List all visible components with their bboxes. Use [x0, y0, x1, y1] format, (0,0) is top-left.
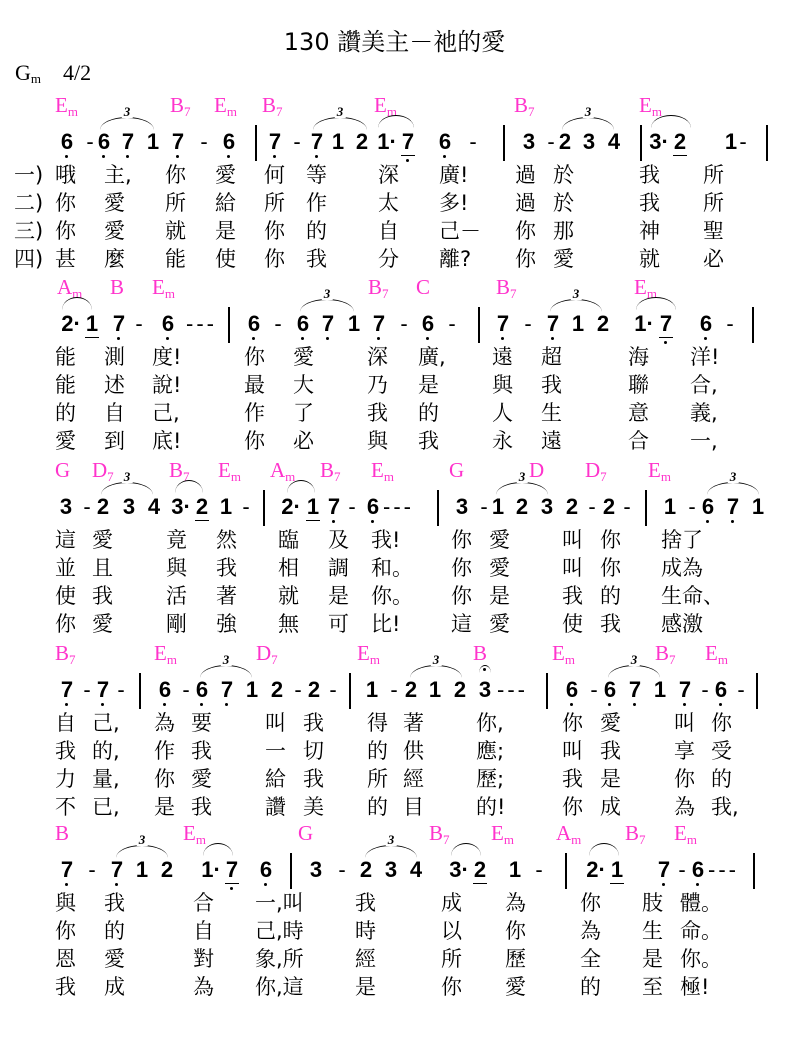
sustain-dash: -: [79, 494, 95, 520]
note-value: 7: [221, 677, 233, 702]
chord-symbol: Em: [674, 821, 697, 848]
lyric-syllable: 你: [264, 245, 285, 273]
lyric-syllable: 洋!: [690, 343, 719, 371]
note-value: -: [739, 129, 746, 154]
note: 6: [160, 311, 176, 337]
sustain-dash: -: [584, 494, 600, 520]
note: 3: [521, 129, 537, 155]
note-value: -: [338, 857, 345, 882]
chord-root: B: [368, 275, 382, 299]
note-value: 3: [60, 494, 72, 519]
note: 7: [309, 129, 325, 155]
barline: [752, 307, 754, 343]
note: 2: [159, 857, 175, 883]
lyric-syllable: 能: [55, 343, 76, 371]
sustain-dash: -: [733, 677, 749, 703]
chord-root: B: [473, 641, 487, 665]
triplet-number: 3: [322, 288, 333, 300]
lyric-syllable: 所: [703, 189, 724, 217]
slur-arc: [451, 843, 481, 856]
note: 7: [320, 311, 336, 337]
chord-root: E: [183, 821, 196, 845]
lyric-syllable: 美: [303, 793, 324, 821]
chord-quality: 7: [669, 652, 676, 667]
triplet-number: 3: [386, 834, 397, 846]
lyric-syllable: 己,時: [255, 917, 304, 945]
lyric-syllable: 是: [215, 217, 236, 245]
note: 3: [383, 857, 399, 883]
lyric-syllable: 著: [403, 709, 424, 737]
low-octave-dot: [608, 703, 611, 706]
note-value: -: [678, 857, 685, 882]
sustain-dash: -: [334, 857, 350, 883]
lyric-syllable: 你。: [371, 582, 413, 610]
lyric-syllable: 愛: [104, 217, 125, 245]
low-octave-dot: [664, 341, 667, 344]
chord-symbol: Em: [214, 93, 237, 120]
note-value: 2: [271, 677, 283, 702]
lyric-syllable: 為: [580, 917, 601, 945]
note: 1·: [200, 857, 222, 883]
lyric-syllable: 過: [515, 189, 536, 217]
staff-system: AmBEmB7CB7Em337-6---6-6717-6-7-7126-2·11…: [0, 275, 789, 460]
chord-root: B: [169, 458, 183, 482]
hymn-title: 130 讚美主－祂的愛: [0, 22, 789, 57]
note: 6: [194, 677, 210, 703]
triplet-number: 3: [629, 654, 640, 666]
lyric-syllable: 底!: [152, 427, 181, 455]
lyric-syllable: 歷: [505, 945, 526, 973]
lyric-syllable: 於: [553, 189, 574, 217]
lyric-syllable: 自: [55, 709, 76, 737]
lyric-syllable: 我: [600, 610, 621, 638]
note-value: -: [135, 311, 142, 336]
note-value: 2·: [61, 311, 81, 336]
lyric-syllable: 給: [265, 765, 286, 793]
lyric-syllable: 是: [328, 582, 349, 610]
lyric-syllable: 著: [216, 582, 237, 610]
lyric-syllable: 愛: [55, 427, 76, 455]
note: 7: [656, 857, 672, 883]
lyric-syllable: 所: [367, 765, 388, 793]
low-octave-dot: [117, 337, 120, 340]
note-value: 7: [61, 857, 73, 882]
note-value: 4: [410, 857, 422, 882]
note-value: 7: [97, 677, 109, 702]
sustain-dash: -: [131, 311, 147, 337]
barline: [766, 125, 768, 161]
note-value: ---: [708, 857, 739, 882]
lyric-syllable: 我: [191, 737, 212, 765]
note: 1: [507, 857, 523, 883]
lyric-syllable: 作: [244, 399, 265, 427]
lyric-syllable: 所: [703, 161, 724, 189]
note: 7: [400, 129, 416, 155]
barline: [349, 673, 351, 709]
sustain-dash: ---: [497, 677, 537, 703]
note-value: -: [182, 677, 189, 702]
lyric-syllable: 已,: [92, 793, 120, 821]
lyric-syllable: 供: [403, 737, 424, 765]
note: 1: [427, 677, 443, 703]
lyric-syllable: 自: [378, 217, 399, 245]
chord-root: A: [556, 821, 571, 845]
staff-system: GD7B7EmAmB7EmGDD7Em3333-2341-7-6---3-123…: [0, 458, 789, 643]
note: 4: [146, 494, 162, 520]
note: 3·: [448, 857, 470, 883]
lyric-syllable: 活: [166, 582, 187, 610]
lyric-syllable: 比!: [371, 610, 400, 638]
note-value: 1: [611, 857, 623, 882]
chord-root: E: [154, 641, 167, 665]
low-octave-dot: [65, 155, 68, 158]
lyric-syllable: 神: [639, 217, 660, 245]
note-value: -: [200, 129, 207, 154]
barline: [255, 125, 257, 161]
note: 2: [601, 494, 617, 520]
triplet-number: 3: [583, 106, 594, 118]
lyric-syllable: 為: [505, 889, 526, 917]
note-value: -: [400, 311, 407, 336]
lyric-syllable: 我: [104, 889, 125, 917]
note-value: 3: [456, 494, 468, 519]
chord-symbol: G: [298, 821, 313, 846]
chord-symbol: Em: [152, 275, 175, 302]
note-value: 7: [328, 494, 340, 519]
note-value: 6: [223, 129, 235, 154]
lyric-syllable: 作: [154, 737, 175, 765]
lyric-syllable: 叫: [562, 737, 583, 765]
fermata-icon: [479, 665, 491, 673]
note-value: 3: [123, 494, 135, 519]
chord-root: E: [357, 641, 370, 665]
note-value: 1·: [634, 311, 654, 336]
note-value: -: [293, 129, 300, 154]
barline: [640, 125, 642, 161]
note: 3: [454, 494, 470, 520]
note-value: -: [480, 494, 487, 519]
lyric-syllable: 甚: [55, 245, 76, 273]
note-value: 7: [547, 311, 559, 336]
note-value: 6: [196, 677, 208, 702]
lyric-syllable: 享: [674, 737, 695, 765]
triplet-number: 3: [335, 106, 346, 118]
chord-symbol: Em: [183, 821, 206, 848]
chord-root: E: [705, 641, 718, 665]
chord-root: E: [491, 821, 504, 845]
chord-quality: m: [68, 104, 78, 119]
underline-eighth: [610, 883, 624, 884]
note-value: 7: [402, 129, 414, 154]
chord-root: E: [371, 458, 384, 482]
note-value: 6: [297, 311, 309, 336]
lyric-syllable: 太: [378, 189, 399, 217]
lyric-syllable: 得: [367, 709, 388, 737]
chord-symbol: Em: [218, 458, 241, 485]
lyric-syllable: 這: [55, 526, 76, 554]
lyric-syllable: 和。: [371, 554, 413, 582]
lyric-syllable: 你: [55, 917, 76, 945]
note-value: 7: [269, 129, 281, 154]
time-signature: 4/2: [63, 60, 91, 85]
lyric-syllable: 至: [642, 973, 663, 1001]
chord-root: B: [655, 641, 669, 665]
lyric-syllable: 目: [403, 793, 424, 821]
note: 1: [364, 677, 380, 703]
sustain-dash: -: [84, 857, 100, 883]
lyric-syllable: 歷;: [476, 765, 504, 793]
lyric-syllable: 你: [580, 889, 601, 917]
note-value: 2: [97, 494, 109, 519]
note-value: 2: [566, 494, 578, 519]
note-value: 2: [597, 311, 609, 336]
note: 6: [700, 494, 716, 520]
lyric-syllable: 你: [441, 973, 462, 1001]
lyric-syllable: 體。: [680, 889, 722, 917]
note-value: 2: [474, 857, 486, 882]
lyric-syllable: 臨: [278, 526, 299, 554]
sustain-dash: ---: [708, 857, 748, 883]
lyric-syllable: 以: [441, 917, 462, 945]
note-value: 2: [360, 857, 372, 882]
note-value: 7: [311, 129, 323, 154]
lyric-syllable: 你,: [476, 709, 504, 737]
note-value: 1: [429, 677, 441, 702]
lyric-syllable: 人: [492, 399, 513, 427]
lyric-syllable: 自: [104, 399, 125, 427]
note-value: -: [688, 494, 695, 519]
lyric-syllable: 你: [515, 245, 536, 273]
note: 6: [365, 494, 381, 520]
lyric-syllable: 合,: [690, 371, 718, 399]
lyric-syllable: 合: [628, 427, 649, 455]
barline: [756, 673, 758, 709]
sustain-dash: -: [344, 494, 360, 520]
note: 2: [595, 311, 611, 337]
note: 2: [354, 129, 370, 155]
chord-symbol: Em: [648, 458, 671, 485]
chord-symbol: Em: [55, 93, 78, 120]
lyric-syllable: 合: [193, 889, 214, 917]
lyric-syllable: 自: [193, 917, 214, 945]
chord-quality: 7: [443, 832, 450, 847]
low-octave-dot: [166, 337, 169, 340]
lyric-syllable: 經: [355, 945, 376, 973]
low-octave-dot: [377, 337, 380, 340]
note-value: 1: [86, 311, 98, 336]
note-value: 6: [439, 129, 451, 154]
note-value: 7: [629, 677, 641, 702]
note: 3: [308, 857, 324, 883]
lyric-syllable: 並: [55, 554, 76, 582]
lyric-syllable: 己,: [92, 709, 120, 737]
underline-eighth: [659, 337, 673, 338]
lyric-syllable: 聖: [703, 217, 724, 245]
chord-symbol: B7: [368, 275, 389, 302]
note-value: -: [329, 677, 336, 702]
low-octave-dot: [501, 337, 504, 340]
note-value: 2: [356, 129, 368, 154]
note-value: 3·: [649, 129, 669, 154]
chord-quality: 7: [107, 469, 114, 484]
lyric-syllable: 是: [154, 793, 175, 821]
note: 6: [713, 677, 729, 703]
staff-system: BEmGB7EmAmB7Em337-71263-2341-7-6---1·73·…: [0, 821, 789, 1006]
lyric-syllable: 應;: [476, 737, 504, 765]
barline: [546, 673, 548, 709]
lyric-syllable: 我: [541, 371, 562, 399]
low-octave-dot: [252, 337, 255, 340]
verse-number: 四): [14, 245, 43, 273]
underline-eighth: [401, 155, 415, 156]
note-value: 6: [422, 311, 434, 336]
note: 7: [109, 857, 125, 883]
note-value: 2: [454, 677, 466, 702]
sustain-dash: -: [619, 494, 635, 520]
lyric-syllable: 是: [600, 765, 621, 793]
note-value: 6: [159, 677, 171, 702]
chord-root: G: [55, 458, 70, 482]
lyric-syllable: 就: [639, 245, 660, 273]
sustain-dash: -: [465, 129, 481, 155]
note-value: 1: [366, 677, 378, 702]
lyric-syllable: 愛: [215, 161, 236, 189]
lyric-syllable: 及: [328, 526, 349, 554]
barline: [139, 673, 141, 709]
lyric-syllable: 與: [55, 889, 76, 917]
lyric-syllable: 你: [244, 343, 265, 371]
chord-quality: 7: [69, 652, 76, 667]
lyric-syllable: 你: [674, 765, 695, 793]
lyric-syllable: 超: [541, 343, 562, 371]
lyric-syllable: 你: [55, 217, 76, 245]
lyric-syllable: 遠: [492, 343, 513, 371]
chord-root: E: [674, 821, 687, 845]
lyric-syllable: 我: [367, 399, 388, 427]
note-value: 3: [583, 129, 595, 154]
verse-number: 三): [14, 217, 43, 245]
note: 6: [698, 311, 714, 337]
chord-root: G: [449, 458, 464, 482]
lyric-syllable: 剛: [166, 610, 187, 638]
lyric-syllable: 我: [191, 793, 212, 821]
chord-symbol: D7: [256, 641, 278, 668]
lyric-syllable: 廣,: [418, 343, 446, 371]
chord-quality: m: [165, 286, 175, 301]
lyric-syllable: 與: [492, 371, 513, 399]
note-value: -: [623, 494, 630, 519]
chord-root: E: [374, 93, 387, 117]
chord-root: B: [110, 275, 124, 299]
note-value: 2: [405, 677, 417, 702]
slur-arc: [175, 480, 203, 493]
chord-symbol: B7: [655, 641, 676, 668]
note-value: 6: [248, 311, 260, 336]
note-value: 3: [541, 494, 553, 519]
chord-root: B: [262, 93, 276, 117]
chord-quality: 7: [334, 469, 341, 484]
chord-symbol: D: [529, 458, 544, 483]
chord-root: D: [92, 458, 107, 482]
lyric-syllable: 時: [355, 917, 376, 945]
note-value: 6: [566, 677, 578, 702]
low-octave-dot: [570, 703, 573, 706]
note-value: 2: [559, 129, 571, 154]
note: 6: [564, 677, 580, 703]
sustain-dash: -: [270, 311, 286, 337]
lyric-syllable: 無: [278, 610, 299, 638]
lyric-syllable: 你: [451, 554, 472, 582]
chord-quality: 7: [639, 832, 646, 847]
note: 6: [258, 857, 274, 883]
underline-eighth: [673, 155, 687, 156]
note: 6: [690, 857, 706, 883]
lyric-syllable: 深: [367, 343, 388, 371]
chord-symbol: D7: [92, 458, 114, 485]
sustain-dash: -: [325, 677, 341, 703]
lyric-syllable: 我,: [711, 793, 739, 821]
chord-quality: m: [370, 652, 380, 667]
chord-quality: 7: [184, 104, 191, 119]
note-value: 7: [122, 129, 134, 154]
note: 1: [218, 494, 234, 520]
chord-quality: 7: [510, 286, 517, 301]
lyric-syllable: 愛: [92, 610, 113, 638]
note-value: 1: [664, 494, 676, 519]
note-value: -: [737, 677, 744, 702]
note: 2: [95, 494, 111, 520]
lyric-syllable: 與: [367, 427, 388, 455]
sustain-dash: -: [386, 677, 402, 703]
chord-symbol: B7: [514, 93, 535, 120]
lyric-syllable: 對: [193, 945, 214, 973]
note: 1: [750, 494, 766, 520]
note-value: -: [535, 857, 542, 882]
lyric-syllable: 的: [711, 765, 732, 793]
sustain-dash: -: [735, 129, 751, 155]
sustain-dash: -: [178, 677, 194, 703]
lyric-syllable: 大: [293, 371, 314, 399]
note: 1: [134, 857, 150, 883]
lyric-syllable: 一: [265, 737, 286, 765]
slur-arc: [203, 843, 233, 856]
chord-symbol: B: [110, 275, 124, 300]
low-octave-dot: [102, 155, 105, 158]
note: 6: [221, 129, 237, 155]
lyric-syllable: 使: [562, 610, 583, 638]
chord-quality: m: [384, 469, 394, 484]
chord-root: E: [152, 275, 165, 299]
lyric-syllable: 我: [418, 427, 439, 455]
chord-symbol: C: [416, 275, 430, 300]
barline: [478, 307, 480, 343]
chord-symbol: G: [449, 458, 464, 483]
lyric-syllable: 成: [441, 889, 462, 917]
chord-symbol: B: [55, 821, 69, 846]
lyric-syllable: 愛: [191, 765, 212, 793]
chord-quality: m: [227, 104, 237, 119]
slur-arc: [589, 843, 619, 856]
chord-symbol: Em: [639, 93, 662, 120]
note-value: 2·: [586, 857, 606, 882]
barline: [263, 490, 265, 526]
lyric-syllable: 的,: [92, 737, 120, 765]
chord-symbol: Em: [371, 458, 394, 485]
chord-symbol: D7: [585, 458, 607, 485]
sustain-dash: -: [586, 677, 602, 703]
lyric-syllable: 你: [55, 610, 76, 638]
note-value: -: [701, 677, 708, 702]
